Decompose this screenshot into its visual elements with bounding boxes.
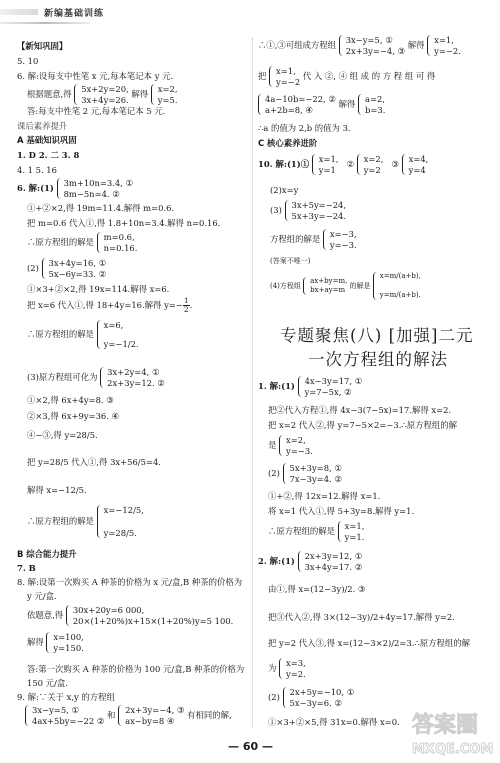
solution-system: x=−12/5, y=28/5. <box>97 505 144 538</box>
equation-system: 3x+4y=16, ① 5x−6y=33. ② <box>42 258 107 279</box>
label: 方程组的解是 <box>270 234 320 244</box>
answer-5: 5. 10 <box>17 56 38 67</box>
equation: 3x+4y=17. ② <box>305 562 363 573</box>
section-heading-new-knowledge: 【新知巩固】 <box>17 41 67 52</box>
fraction: 12 <box>183 297 190 314</box>
solution-system: a=2, b=3. <box>358 94 385 115</box>
q10-part3-system: (3) 3x+5y=−24, 5x+3y=−24. <box>270 200 346 221</box>
label: ∴原方程组的解是 <box>268 526 335 536</box>
p1-step2: 把 x=2 代入②,得 y=7−5×2=−3.∴原方程组的解 <box>268 420 457 431</box>
label: 为 <box>268 663 276 673</box>
label: 10. 解:(1)① <box>258 159 309 169</box>
equation-system: 3m+10n=3.4, ① 8m−5n=4. ② <box>57 178 134 199</box>
solution-system: x=2, y=−3. <box>279 435 313 456</box>
equation-system: 5x+2y=20, 3x+4y=26. <box>74 84 128 105</box>
equation: 3x+2y=4, ① <box>107 367 165 378</box>
solution-system: x=m/(a+b), y=m/(a+b). <box>373 272 421 300</box>
equation-system: 3x+5y=−24, 5x+3y=−24. <box>285 200 346 221</box>
q8-system: 依题意,得 30x+20y=6 000, 20×(1+20%)x+15×(1+2… <box>27 605 233 626</box>
solution-system: m=0.6, n=0.16. <box>97 232 138 253</box>
q6-part2-solution: ∴原方程组的解是 x=6, y=−1/2. <box>27 320 139 349</box>
p2-solution: 为 x=3, y=2. <box>268 658 306 679</box>
equation: 5x−6y=33. ② <box>49 269 107 280</box>
q10-note: (答案不唯一) <box>270 257 310 266</box>
answer-6-intro: 6. 解:设每支中性笔 x 元,每本笔记本 y 元. <box>17 71 173 82</box>
q6-part2-system: (2) 3x+4y=16, ① 5x−6y=33. ② <box>27 258 106 279</box>
p1-step1: 把②代入方程①,得 4x−3(7−5x)=17.解得 x=2. <box>268 405 451 416</box>
equation-system: ax+by=m, bx+ay=m <box>303 277 347 295</box>
equation: x=−12/5, <box>104 505 144 516</box>
equation: y=7−5x, ② <box>305 387 363 398</box>
equation: x=2, <box>158 84 178 95</box>
equation: y=1 <box>319 165 339 176</box>
q6-part2-step1: ①×3+②×2,得 19x=114.解得 x=6. <box>27 284 169 295</box>
book-title: 新编基础训练 <box>44 9 104 20</box>
q8-answer-line2: 150 元/盒. <box>27 678 68 689</box>
label: ∴原方程组的解是 <box>27 329 94 339</box>
q9-cont-ab-system: 4a−10b=−22, ② a+2b=8, ④ 解得 a=2, b=3. <box>258 94 385 115</box>
p1-solution: 是 x=2, y=−3. <box>268 435 313 456</box>
q6-part3-step4: 把 y=28/5 代入①,得 3x+56/5=4. <box>27 457 161 468</box>
equation: m=0.6, <box>104 232 138 243</box>
label: 是 <box>268 440 276 450</box>
equation: 4a−10b=−22, ② <box>265 94 336 105</box>
label: 根据题意,得 <box>27 89 72 99</box>
equation: x=m/(a+b), <box>380 272 421 281</box>
equation: ax−by=8 ④ <box>125 716 184 727</box>
equation: y=−2 <box>276 77 300 88</box>
label: 2. 解:(1) <box>258 556 295 566</box>
equation: y=5. <box>158 95 178 106</box>
solution-system: x=100, y=150. <box>46 632 83 653</box>
q9-systems: 3x−y=5, ① 4ax+5by=−22 ② 和 2x+3y=−4, ③ ax… <box>25 705 232 726</box>
denominator: 2 <box>184 306 189 314</box>
answer-7: 7. B <box>17 563 36 574</box>
equation: x=3, <box>286 658 306 669</box>
q8-line1: 8. 解:设第一次购买 A 种茶的价格为 x 元/盒,B 种茶的价格为 <box>17 577 242 588</box>
solution-system: x=−3, y=−3. <box>323 229 357 250</box>
section-b-heading: B 综合能力提升 <box>17 549 77 560</box>
q9-cont-system: ∴①,③可组成方程组 3x−y=5, ① 2x+3y=−4, ③ 解得 x=1,… <box>258 35 461 56</box>
label: (3) <box>270 205 282 215</box>
label: 有相同的解, <box>187 710 232 720</box>
solution-system: x=6, y=−1/2. <box>97 320 139 349</box>
equation: 5x−3y=6. ② <box>290 698 355 709</box>
p1-part2-step1: ①+②,得 12x=12.解得 x=1. <box>268 491 380 502</box>
equation: x=1, <box>276 66 300 77</box>
label: 6. 解:(1) <box>17 183 54 193</box>
equation-system: 2x+5y=−10, ① 5x−3y=6. ② <box>283 687 355 708</box>
equation-system: 5x+3y=8, ① 7x−3y=4. ② <box>283 463 342 484</box>
solution-system: x=2, y=5. <box>151 84 178 105</box>
solution-system: x=3, y=2. <box>279 658 306 679</box>
p2-part2-system: (2) 2x+5y=−10, ① 5x−3y=6. ② <box>268 687 354 708</box>
equation: y=150. <box>53 643 83 654</box>
equation: x=1, <box>345 521 365 532</box>
equation: 30x+20y=6 000, <box>73 605 233 616</box>
q6-part1-system: 6. 解:(1) 3m+10n=3.4, ① 8m−5n=4. ② <box>17 178 133 199</box>
p2-step1: 由①,得 x=(12−3y)/2. ③ <box>268 584 365 595</box>
topic-title-line2: 一次方程组的解法 <box>308 350 448 371</box>
solution-system: x=2, y=2 <box>357 154 384 175</box>
q6-part1-step2: 把 m=0.6 代入①,得 1.8+10n=3.4.解得 n=0.16. <box>27 218 220 229</box>
equation-system: 3x−y=5, ① 2x+3y=−4, ③ <box>339 35 405 56</box>
equation: x=100, <box>53 632 83 643</box>
watermark-logo: 答案圈 <box>412 712 478 740</box>
q9-conclusion: ∴a 的值为 2,b 的值为 3. <box>258 123 351 134</box>
q6-part2-step2: 把 x=6 代入①,得 18+4y=16.解得 y=−12. <box>27 297 192 314</box>
answers-row-1: 1. D 2. 二 3. 8 <box>17 150 79 161</box>
q8-line2: y 元/盒. <box>27 591 57 602</box>
equation: 2x+3y=−4, ③ <box>346 46 405 57</box>
label: 解得 <box>131 89 148 99</box>
equation: 3x+4y=16, ① <box>49 258 107 269</box>
label: ② <box>347 159 355 169</box>
equation-system: 2x+3y=−4, ③ ax−by=8 ④ <box>118 705 184 726</box>
equation: a+2b=8, ④ <box>265 105 336 116</box>
equation: b=3. <box>365 105 385 116</box>
page-number: — 60 — <box>228 740 273 754</box>
q10-part3-solution: 方程组的解是 x=−3, y=−3. <box>270 229 357 250</box>
equation: x=6, <box>104 320 139 331</box>
equation: x=−3, <box>330 229 357 240</box>
equation: n=0.16. <box>104 243 138 254</box>
label: ∴原方程组的解是 <box>27 516 94 526</box>
answer-6-work: 根据题意,得 5x+2y=20, 3x+4y=26. 解得 x=2, y=5. <box>27 84 178 105</box>
equation: 5x+3y=8, ① <box>290 463 342 474</box>
label: ∴①,③可组成方程组 <box>258 40 336 50</box>
section-after-class: 课后素养提升 <box>17 121 67 132</box>
header-underline <box>0 22 90 24</box>
watermark-url: MXQE.COM <box>412 742 493 758</box>
equation: x=1, <box>434 35 461 46</box>
equation: x=2, <box>364 154 384 165</box>
equation: 3x−y=5, ① <box>346 35 405 46</box>
q6-part3-system: (3)原方程组可化为 3x+2y=4, ① 2x+3y=12. ② <box>27 367 165 388</box>
p1-part2-step2: 将 x=1 代入①,得 5+3y=8.解得 y=1. <box>268 506 414 517</box>
section-c-heading: C 核心素养进阶 <box>258 138 317 149</box>
q6-part3-step5: 解得 x=−12/5. <box>27 485 87 496</box>
label: 1. 解:(1) <box>258 381 295 391</box>
equation: 5x+3y=−24. <box>292 211 346 222</box>
answers-row-2: 4. 1 5. 16 <box>17 165 57 176</box>
equation-system: 30x+20y=6 000, 20×(1+20%)x+15×(1+20%)y=5… <box>66 605 233 626</box>
solution-system: x=1, y=−2. <box>427 35 461 56</box>
label: (2) <box>268 468 280 478</box>
q6-part1-solution: ∴原方程组的解是 m=0.6, n=0.16. <box>27 232 137 253</box>
equation-system: 4x−3y=17, ① y=7−5x, ② <box>298 376 363 397</box>
equation: x=2, <box>286 435 313 446</box>
label: (3)原方程组可化为 <box>27 372 98 382</box>
equation: 3x+5y=−24, <box>292 200 346 211</box>
q10-part1: 10. 解:(1)① x=1, y=1 ② x=2, y=2 ③ x=4, y=… <box>258 154 428 175</box>
label: 把 <box>258 71 266 81</box>
q9-line1: 9. 解:∵关于 x,y 的方程组 <box>17 692 115 703</box>
equation: y=−1/2. <box>104 339 139 350</box>
equation: ax+by=m, <box>310 277 347 286</box>
equation: y=m/(a+b). <box>380 291 421 300</box>
equation-system: 4a−10b=−22, ② a+2b=8, ④ <box>258 94 336 115</box>
q8-answer-line1: 答:第一次购买 A 种茶的价格为 100 元/盒,B 种茶的价格为 <box>27 664 244 675</box>
q6-part3-solution: ∴原方程组的解是 x=−12/5, y=28/5. <box>27 505 144 538</box>
equation-system: x=1, y=−2 <box>269 66 300 87</box>
label: 解得 <box>408 40 425 50</box>
q9-cont-substitute: 把 x=1, y=−2 代 入 ②, ④ 组 成 的 方 程 组 可 得 <box>258 66 435 87</box>
equation: 4x−3y=17, ① <box>305 376 363 387</box>
equation-system: 3x−y=5, ① 4ax+5by=−22 ② <box>25 705 104 726</box>
q10-part4: (4)方程组 ax+by=m, bx+ay=m 的解是 x=m/(a+b), y… <box>270 272 421 300</box>
equation: 4ax+5by=−22 ② <box>32 716 104 727</box>
label: (2) <box>268 692 280 702</box>
solution-system: x=1, y=1 <box>312 154 339 175</box>
solution-system: x=4, y=4 <box>402 154 429 175</box>
label: 代 入 ②, ④ 组 成 的 方 程 组 可 得 <box>303 71 435 81</box>
equation: 3x+4y=26. <box>81 95 128 106</box>
equation: 5x+2y=20, <box>81 84 128 95</box>
equation: y=1. <box>345 532 365 543</box>
p2-step2: 把③代入②,得 3×(12−3y)/2+4y=17.解得 y=2. <box>268 612 455 623</box>
equation: y=2. <box>286 669 306 680</box>
p2-system: 2. 解:(1) 2x+3y=12, ① 3x+4y=17. ② <box>258 551 362 572</box>
p1-part2-solution: ∴原方程组的解是 x=1, y=1. <box>268 521 364 542</box>
equation-system: 3x+2y=4, ① 2x+3y=12. ② <box>100 367 165 388</box>
equation: a=2, <box>365 94 385 105</box>
header-decoration <box>0 9 38 15</box>
p1-system: 1. 解:(1) 4x−3y=17, ① y=7−5x, ② <box>258 376 362 397</box>
equation: y=−3. <box>286 446 313 457</box>
equation: 3m+10n=3.4, ① <box>64 178 134 189</box>
p2-part2-step1: ①×3+②×5,得 31x=0.解得 x=0. <box>268 717 400 728</box>
q8-solution: 解得 x=100, y=150. <box>27 632 84 653</box>
equation-system: 2x+3y=12, ① 3x+4y=17. ② <box>298 551 363 572</box>
q6-part3-step3: ④−③,得 y=28/5. <box>27 430 98 441</box>
label: (2) <box>27 263 39 273</box>
q6-part3-step1: ①×2,得 6x+4y=8. ③ <box>27 395 114 406</box>
equation: x=4, <box>409 154 429 165</box>
section-a-heading: A 基础知识巩固 <box>17 135 77 146</box>
label: 的解是 <box>350 282 371 290</box>
topic-title-line1: 专题聚焦(八) [加强]二元 <box>280 326 474 347</box>
equation: y=4 <box>409 165 429 176</box>
equation: 2x+3y=12. ② <box>107 378 165 389</box>
equation: x=1, <box>319 154 339 165</box>
equation: y=−2. <box>434 46 461 57</box>
solution-system: x=1, y=1. <box>338 521 365 542</box>
q6-part1-step1: ①+②×2,得 19m=11.4.解得 m=0.6. <box>27 203 174 214</box>
equation: 20×(1+20%)x+15×(1+20%)y=5 100. <box>73 616 233 627</box>
equation: 2x+3y=−4, ③ <box>125 705 184 716</box>
label: 和 <box>107 710 115 720</box>
text: 把 x=6 代入①,得 18+4y=16.解得 y=− <box>27 300 183 310</box>
equation: 2x+5y=−10, ① <box>290 687 355 698</box>
equation: 3x−y=5, ① <box>32 705 104 716</box>
label: 解得 <box>27 637 44 647</box>
equation: y=2 <box>364 165 384 176</box>
equation: y=−3. <box>330 240 357 251</box>
label: ∴原方程组的解是 <box>27 237 94 247</box>
column-divider <box>252 38 253 728</box>
p1-part2-system: (2) 5x+3y=8, ① 7x−3y=4. ② <box>268 463 342 484</box>
label: 依题意,得 <box>27 610 63 620</box>
equation: 8m−5n=4. ② <box>64 189 134 200</box>
label: ③ <box>391 159 399 169</box>
equation: 2x+3y=12, ① <box>305 551 363 562</box>
answer-6-conclusion: 答:每支中性笔 2 元,每本笔记本 5 元. <box>27 106 165 117</box>
q6-part3-step2: ②×3,得 6x+9y=36. ④ <box>27 411 119 422</box>
label: 解得 <box>339 99 356 109</box>
p2-step3: 把 y=2 代入③,得 x=(12−3×2)/2=3.∴原方程组的解 <box>268 638 470 649</box>
equation: bx+ay=m <box>310 286 347 295</box>
equation: y=28/5. <box>104 528 144 539</box>
label: (4)方程组 <box>270 282 301 290</box>
q10-part2: (2)x=y <box>270 185 298 196</box>
equation: 7x−3y=4. ② <box>290 474 342 485</box>
